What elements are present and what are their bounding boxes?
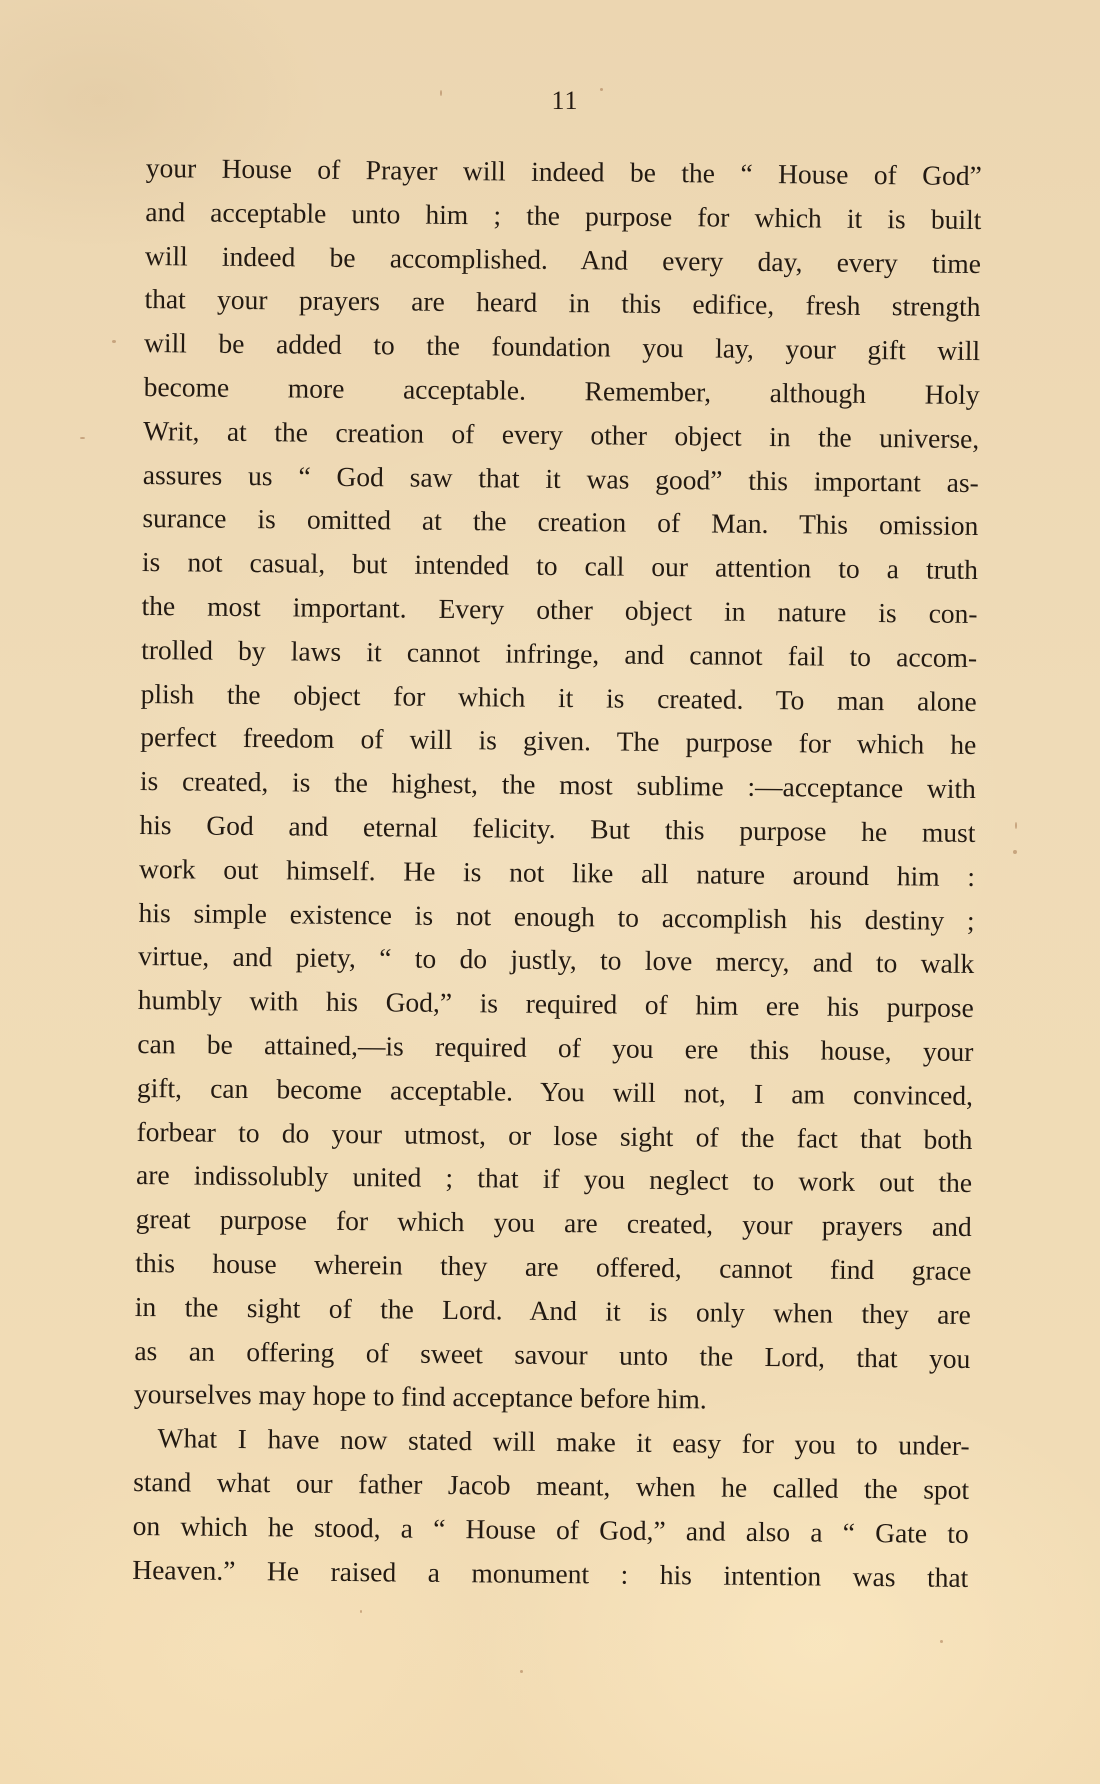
paper-speck xyxy=(360,1610,362,1613)
paper-speck xyxy=(940,1640,943,1643)
text-line: Writ, at the creation of every other obj… xyxy=(143,409,979,461)
text-line: humbly with his God,” is required of him… xyxy=(138,978,974,1030)
paper-speck xyxy=(112,340,116,343)
paragraph-1: your House of Prayer will indeed be the … xyxy=(134,146,982,1424)
text-line: great purpose for which you are created,… xyxy=(135,1197,971,1249)
text-line: What I have now stated will make it easy… xyxy=(133,1416,969,1468)
paper-speck xyxy=(80,437,85,439)
text-line: your House of Prayer will indeed be the … xyxy=(146,146,982,198)
text-line: on which he stood, a “ House of God,” an… xyxy=(133,1504,969,1556)
text-line: the most important. Every other object i… xyxy=(141,584,977,636)
text-line: can be attained,—is required of you ere … xyxy=(137,1022,973,1074)
paper-speck xyxy=(1015,822,1017,829)
paragraph-2: What I have now stated will make it easy… xyxy=(132,1416,970,1599)
text-line: this house wherein they are offered, can… xyxy=(135,1241,971,1293)
text-line: work out himself. He is not like all nat… xyxy=(139,847,975,899)
text-line: his God and eternal felicity. But this p… xyxy=(139,803,975,855)
paper-speck xyxy=(1013,850,1017,854)
paper-speck xyxy=(520,1670,523,1673)
text-line: stand what our father Jacob meant, when … xyxy=(133,1460,969,1512)
text-line: trolled by laws it cannot infringe, and … xyxy=(141,628,977,680)
text-line: become more acceptable. Remember, althou… xyxy=(143,365,979,417)
text-line: Heaven.” He raised a monument : his inte… xyxy=(132,1547,968,1599)
body-text: your House of Prayer will indeed be the … xyxy=(132,146,982,1599)
page-number: 11 xyxy=(0,86,1100,116)
text-line: in the sight of the Lord. And it is only… xyxy=(135,1285,971,1337)
book-page: 11 your House of Prayer will indeed be t… xyxy=(0,0,1100,1784)
text-line: and acceptable unto him ; the purpose fo… xyxy=(145,190,981,242)
text-line: gift, can become acceptable. You will no… xyxy=(137,1066,973,1118)
